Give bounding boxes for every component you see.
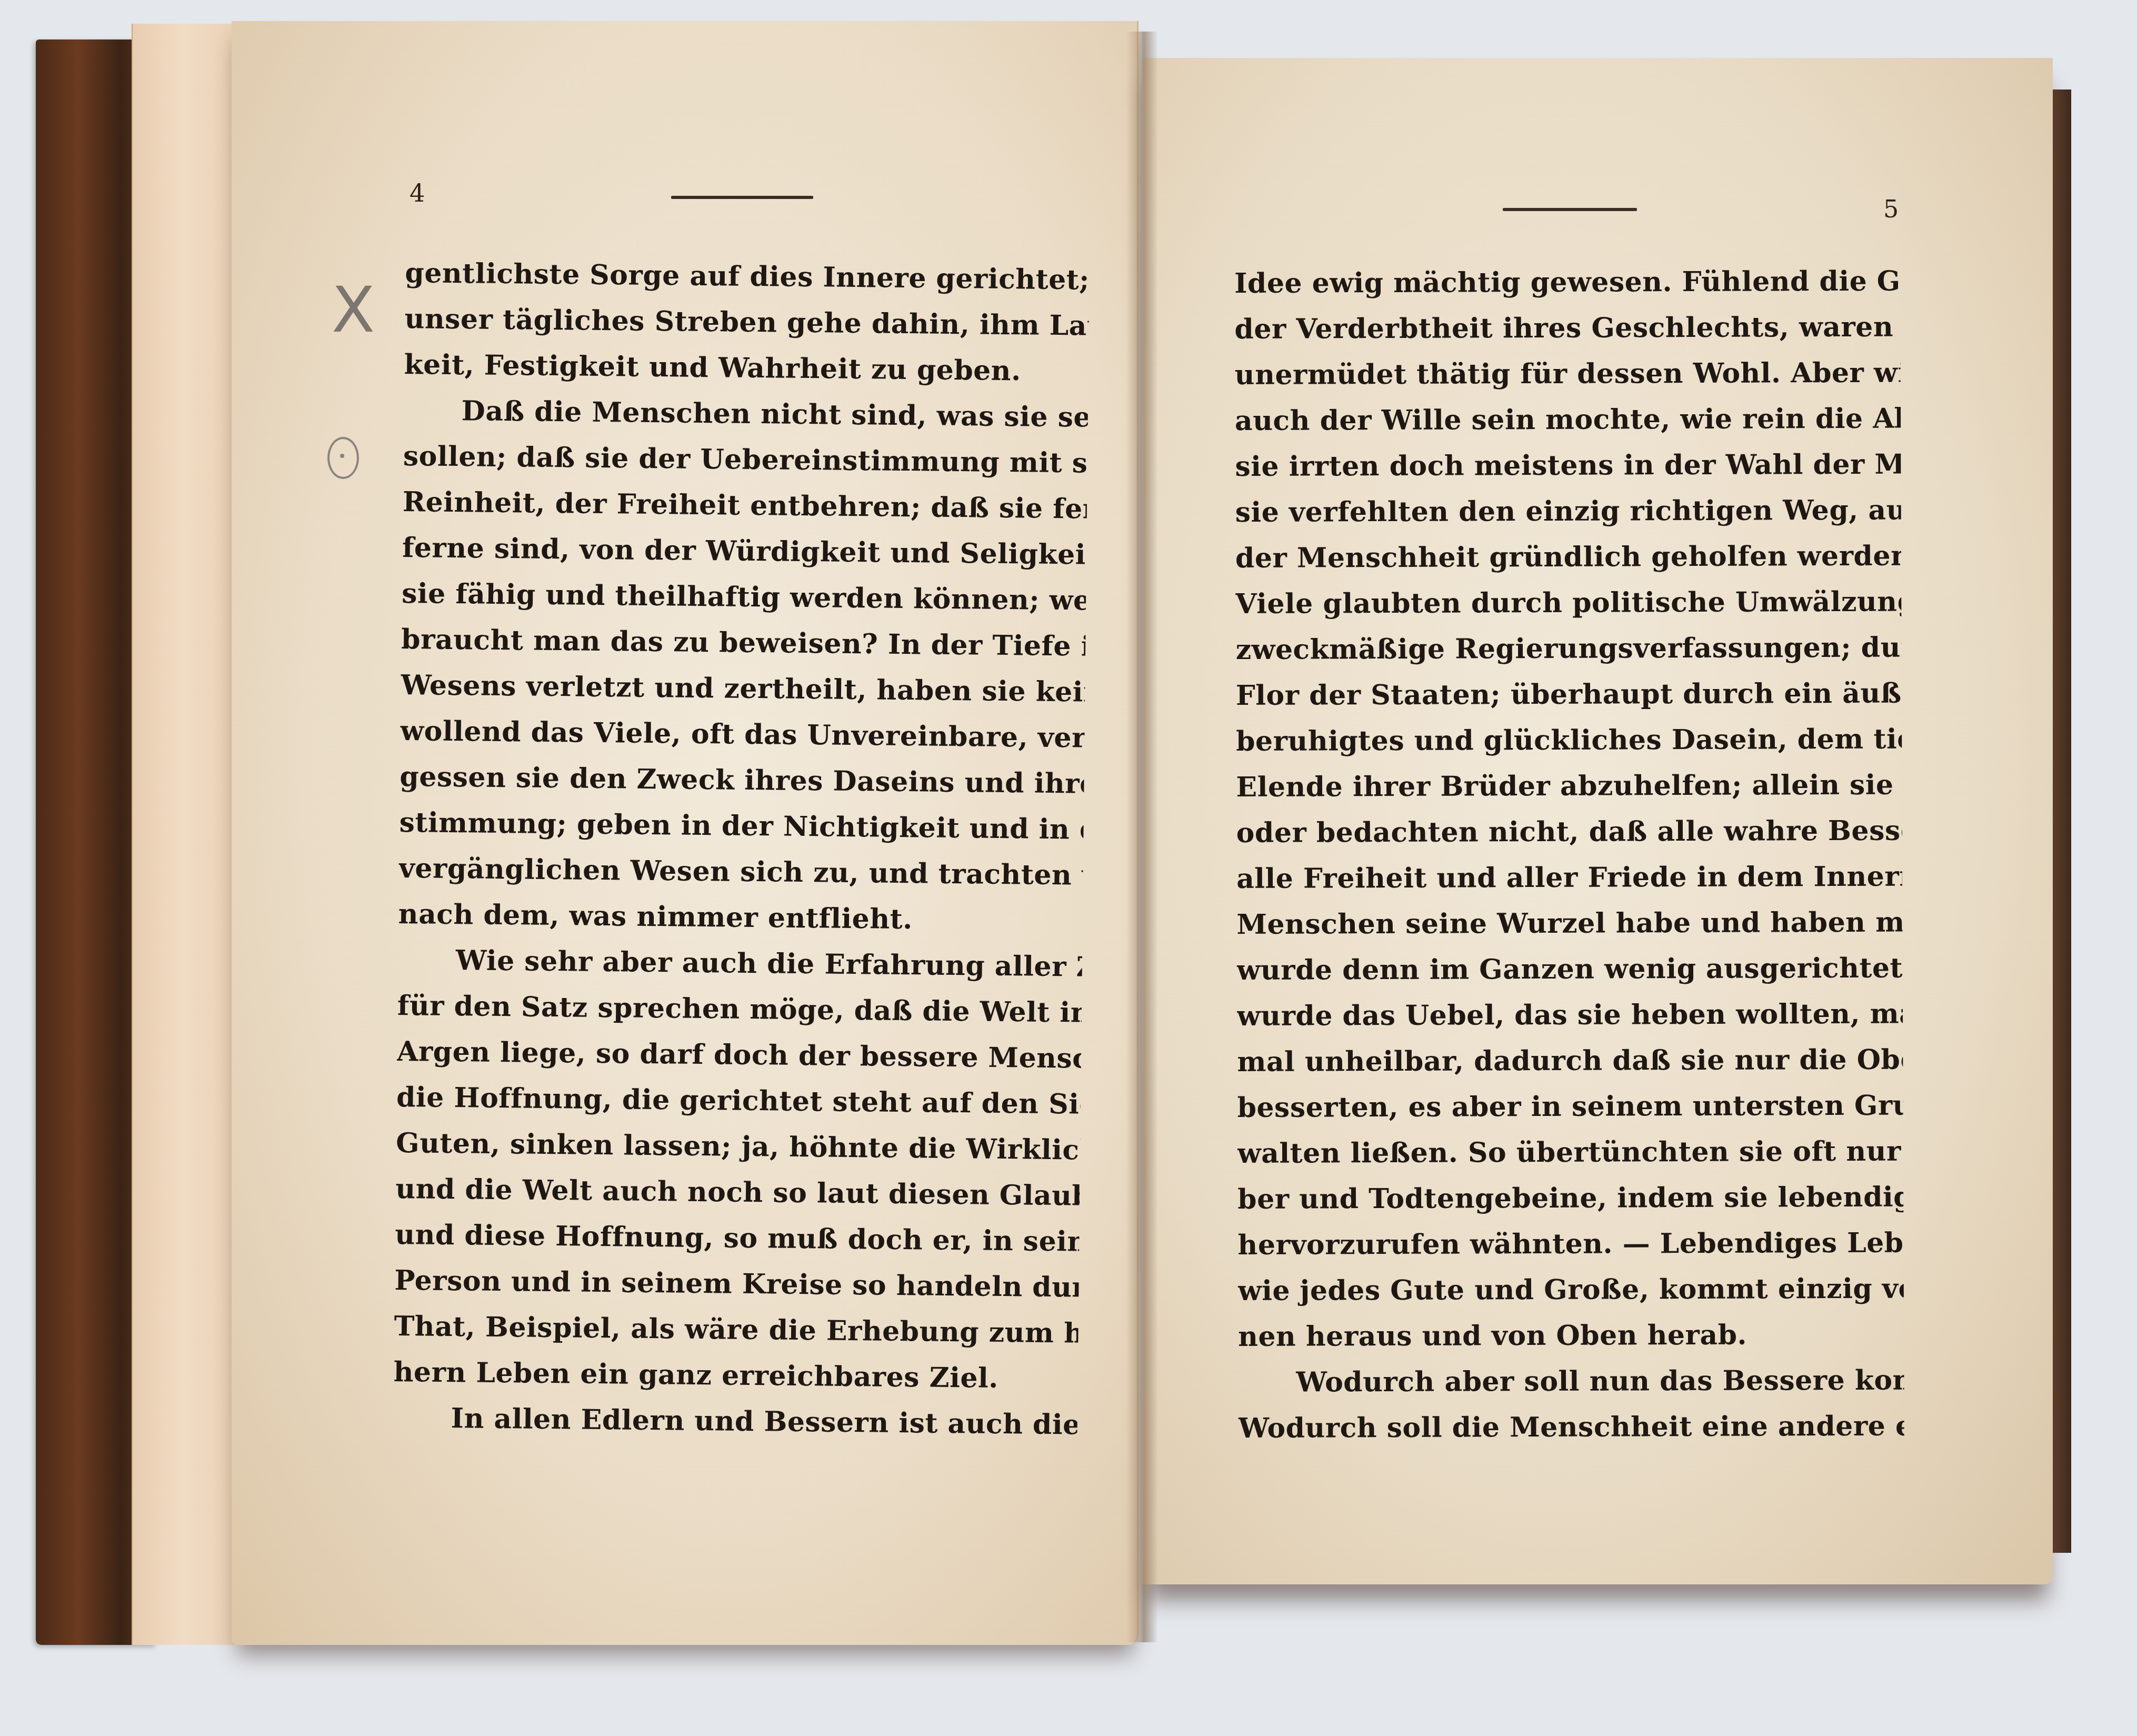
text-line: die Hoffnung, die gerichtet steht auf de… [396, 1074, 1081, 1128]
text-line: gentlichste Sorge auf dies Innere gerich… [405, 250, 1090, 303]
text-line: keit, Festigkeit und Wahrheit zu geben. [404, 342, 1089, 395]
text-line: beruhigtes und glückliches Dasein, dem t… [1236, 716, 1902, 764]
text-line: für den Satz sprechen möge, daß die Welt… [397, 983, 1082, 1036]
text-line: unermüdet thätig für dessen Wohl. Aber w… [1235, 350, 1901, 398]
text-line: braucht man das zu beweisen? In der Tief… [401, 616, 1086, 670]
text-line: Argen liege, so darf doch der bessere Me… [397, 1029, 1082, 1082]
text-line: wurde das Uebel, das sie heben wollten, … [1237, 991, 1903, 1039]
text-line: sollen; daß sie der Uebereinstimmung mit… [403, 433, 1087, 486]
text-line: und diese Hoffnung, so muß doch er, in s… [395, 1212, 1080, 1265]
text-line: nach dem, was nimmer entflieht. [398, 891, 1083, 944]
text-line: besserten, es aber in seinem untersten G… [1237, 1083, 1903, 1131]
right-page-text: Idee ewig mächtig gewesen. Fühlend die G… [1234, 258, 1904, 1451]
text-line: nen heraus und von Oben herab. [1238, 1312, 1904, 1360]
text-line: hervorzurufen wähnten. — Lebendiges Lebe… [1237, 1220, 1903, 1268]
text-line: Elende ihrer Brüder abzuhelfen; allein s… [1236, 762, 1902, 810]
text-line: zweckmäßige Regierungsverfassungen; durc… [1235, 625, 1901, 673]
text-line: Flor der Staaten; überhaupt durch ein äu… [1236, 671, 1902, 719]
right-page-number: 5 [1883, 195, 1899, 223]
left-page-text: gentlichste Sorge auf dies Innere gerich… [393, 250, 1090, 1448]
text-line: stimmung; geben in der Nichtigkeit und i… [399, 800, 1084, 853]
text-line: wollend das Viele, oft das Unvereinbare,… [400, 708, 1085, 761]
book-gutter [1126, 32, 1158, 1642]
left-header-rule [671, 196, 813, 199]
text-line: unser tägliches Streben gehe dahin, ihm … [404, 296, 1089, 349]
text-line: Wodurch soll die Menschheit eine andere … [1239, 1403, 1904, 1451]
text-line: Guten, sinken lassen; ja, höhnte die Wir… [396, 1120, 1081, 1173]
text-line: und die Welt auch noch so laut diesen Gl… [395, 1166, 1080, 1219]
text-line: Wodurch aber soll nun das Bessere kommen… [1238, 1358, 1904, 1405]
text-line: hern Leben ein ganz erreichbares Ziel. [393, 1349, 1078, 1402]
pencil-circle-mark [327, 437, 359, 479]
text-line: Wesens verletzt und zertheilt, haben sie… [401, 662, 1085, 715]
text-line: gessen sie den Zweck ihres Daseins und i… [400, 754, 1084, 807]
text-line: sie fähig und theilhaftig werden können;… [402, 571, 1086, 624]
text-line: wurde denn im Ganzen wenig ausgerichtet;… [1237, 945, 1903, 993]
text-line: Daß die Menschen nicht sind, was sie sei… [403, 387, 1088, 441]
left-page-number: 4 [410, 179, 425, 207]
text-line: Idee ewig mächtig gewesen. Fühlend die G… [1234, 258, 1900, 306]
text-line: der Menschheit gründlich geholfen werden… [1235, 533, 1901, 581]
text-line: sie irrten doch meistens in der Wahl der… [1235, 442, 1901, 490]
text-line: Menschen seine Wurzel habe und haben müs… [1236, 900, 1902, 947]
text-line: In allen Edlern und Bessern ist auch die… [393, 1395, 1077, 1448]
pencil-x-mark: X [332, 274, 375, 347]
text-line: alle Freiheit und aller Friede in dem In… [1236, 854, 1902, 902]
text-line: vergänglichen Wesen sich zu, und trachte… [398, 845, 1083, 899]
text-line: walten ließen. So übertünchten sie oft n… [1237, 1129, 1903, 1176]
text-line: sie verfehlten den einzig richtigen Weg,… [1235, 487, 1901, 535]
text-line: Person und in seinem Kreise so handeln d… [394, 1258, 1079, 1311]
text-line: mal unheilbar, dadurch daß sie nur die O… [1237, 1037, 1903, 1085]
text-line: ferne sind, von der Würdigkeit und Selig… [402, 525, 1087, 578]
right-header-rule [1503, 208, 1637, 211]
text-line: Wie sehr aber auch die Erfahrung aller Z… [397, 937, 1082, 990]
text-line: Reinheit, der Freiheit entbehren; daß si… [403, 479, 1087, 532]
text-line: Viele glaubten durch politische Umwälzun… [1235, 579, 1901, 627]
text-line: auch der Wille sein mochte, wie rein die… [1235, 396, 1901, 444]
text-line: der Verderbtheit ihres Geschlechts, ware… [1234, 304, 1900, 352]
text-line: wie jedes Gute und Große, kommt einzig v… [1238, 1266, 1904, 1314]
text-line: That, Beispiel, als wäre die Erhebung zu… [394, 1303, 1079, 1356]
text-line: ber und Todtengebeine, indem sie lebendi… [1237, 1174, 1903, 1222]
text-line: oder bedachten nicht, daß alle wahre Bes… [1236, 808, 1902, 856]
